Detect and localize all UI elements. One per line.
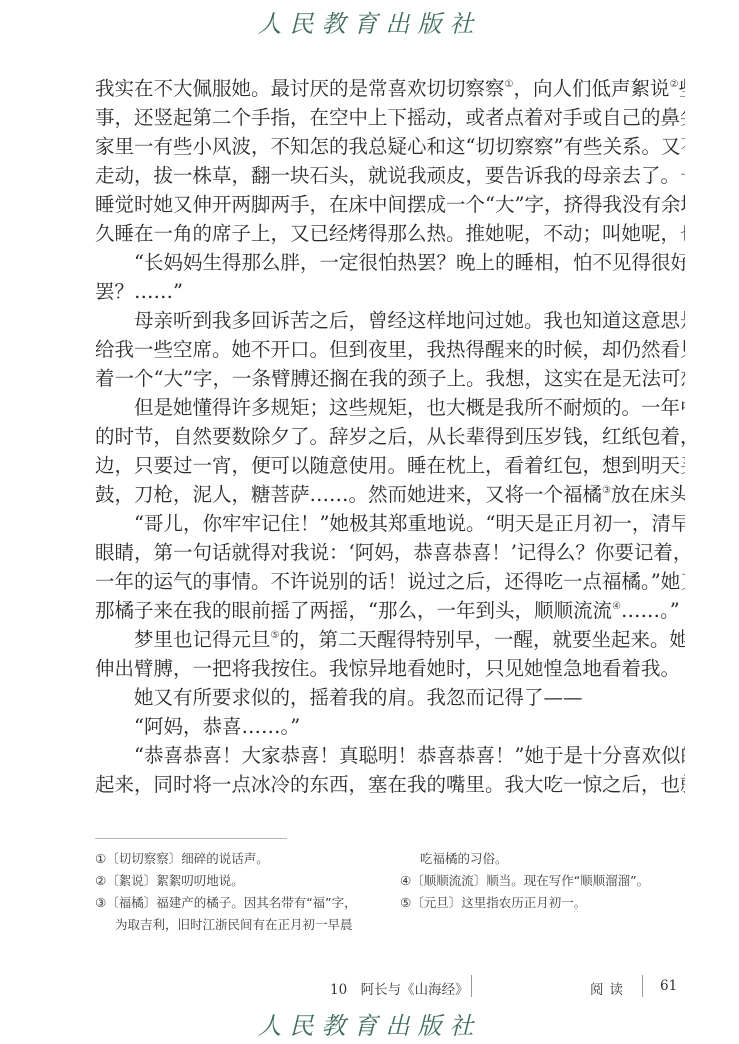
footnote-divider (95, 838, 287, 839)
article-body: 我实在不大佩服她。最讨厌的是常喜欢切切察察①，向人们低声絮说②些什么 事，还竖起… (95, 74, 685, 799)
text-line: “长妈妈生得那么胖，一定很怕热罢？晚上的睡相，怕不见得很好 (95, 248, 685, 277)
text-line: 她又有所要求似的，摇着我的肩。我忽而记得了—— (95, 683, 685, 712)
text-line: 鼓，刀枪，泥人，糖菩萨……。然而她进来，又将一个福橘③放在床头了。 (95, 480, 685, 509)
text-line: 眼睛，第一句话就得对我说：‘阿妈，恭喜恭喜！’记得么？你要记着，这是 (95, 538, 685, 567)
footnote-5: ⑤〔元旦〕这里指农历正月初一。 (400, 892, 700, 914)
footer-divider (642, 975, 643, 997)
text-line: 着一个“大”字，一条臂膊还搁在我的颈子上。我想，这实在是无法可想了。 (95, 364, 685, 393)
chapter-title: 10 阿长与《山海经》 (330, 978, 469, 998)
text-line: 久睡在一角的席子上，又已经烤得那么热。推她呢，不动；叫她呢，也不闻。 (95, 219, 685, 248)
footnote-3-continued: 为取吉利，旧时江浙民间有在正月初一早晨 (95, 914, 385, 936)
footnotes-right-column: 吃福橘的习俗。 ④〔顺顺流流〕顺当。现在写作“顺顺溜溜”。 ⑤〔元旦〕这里指农历… (400, 848, 700, 914)
text-line: 伸出臂膊，一把将我按住。我惊异地看她时，只见她惶急地看着我。 (95, 654, 685, 683)
text-line: 边，只要过一宵，便可以随意使用。睡在枕上，看着红包，想到明天买来的小 (95, 451, 685, 480)
publisher-logo-header: 人民教育出版社 (0, 4, 739, 39)
text-line: 一年的运气的事情。不许说别的话！说过之后，还得吃一点福橘。”她又拿起 (95, 567, 685, 596)
section-label: 阅读 (590, 978, 629, 998)
footnote-ref-3[interactable]: ③ (602, 485, 611, 496)
footnote-ref-4[interactable]: ④ (612, 601, 621, 612)
text-line: 梦里也记得元旦⑤的，第二天醒得特别早，一醒，就要坐起来。她却立刻 (95, 625, 685, 654)
text-line: “哥儿，你牢牢记住！”她极其郑重地说。“明天是正月初一，清早一睁开 (95, 509, 685, 538)
text-line: 给我一些空席。她不开口。但到夜里，我热得醒来的时候，却仍然看见满床摆 (95, 335, 685, 364)
text-line: 睡觉时她又伸开两脚两手，在床中间摆成一个“大”字，挤得我没有余地翻身， (95, 190, 685, 219)
page-number: 61 (660, 978, 677, 994)
footnote-3: ③〔福橘〕福建产的橘子。因其名带有“福”字， (95, 892, 385, 914)
publisher-logo-footer: 人民教育出版社 (0, 1006, 739, 1041)
text-line: “阿妈，恭喜……。” (95, 712, 685, 741)
text-line: 走动，拔一株草，翻一块石头，就说我顽皮，要告诉我的母亲去了。一到夏天， (95, 161, 685, 190)
footer-divider (471, 975, 472, 997)
text-line: 家里一有些小风波，不知怎的我总疑心和这“切切察察”有些关系。又不许我 (95, 132, 685, 161)
text-line: 我实在不大佩服她。最讨厌的是常喜欢切切察察①，向人们低声絮说②些什么 (95, 74, 685, 103)
text-line: 的时节，自然要数除夕了。辞岁之后，从长辈得到压岁钱，红纸包着，放在枕 (95, 422, 685, 451)
text-line: “恭喜恭喜！大家恭喜！真聪明！恭喜恭喜！”她于是十分喜欢似的，笑将 (95, 741, 685, 770)
text-line: 起来，同时将一点冰冷的东西，塞在我的嘴里。我大吃一惊之后，也就忽而记 (95, 770, 685, 799)
footnote-3-continued: 吃福橘的习俗。 (400, 848, 700, 870)
footnotes-left-column: ①〔切切察察〕细碎的说话声。 ②〔絮说〕絮絮叨叨地说。 ③〔福橘〕福建产的橘子。… (95, 848, 385, 936)
text-line: 那橘子来在我的眼前摇了两摇，“那么，一年到头，顺顺流流④……。” (95, 596, 685, 625)
text-line: 事，还竖起第二个手指，在空中上下摇动，或者点着对手或自己的鼻尖。我的 (95, 103, 685, 132)
text-line: 罢？……” (95, 277, 685, 306)
footnote-2: ②〔絮说〕絮絮叨叨地说。 (95, 870, 385, 892)
text-line: 但是她懂得许多规矩；这些规矩，也大概是我所不耐烦的。一年中最高兴 (95, 393, 685, 422)
footnote-1: ①〔切切察察〕细碎的说话声。 (95, 848, 385, 870)
footnote-4: ④〔顺顺流流〕顺当。现在写作“顺顺溜溜”。 (400, 870, 700, 892)
text-line: 母亲听到我多回诉苦之后，曾经这样地问过她。我也知道这意思是要她多 (95, 306, 685, 335)
